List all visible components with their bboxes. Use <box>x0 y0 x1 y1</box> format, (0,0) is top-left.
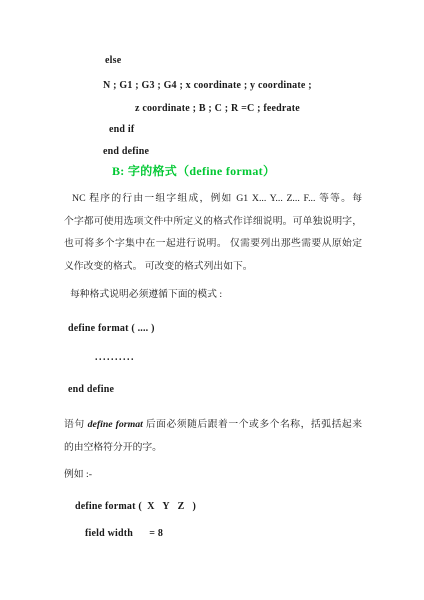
code-line-end-define: end define <box>103 146 149 157</box>
code-dots: .......... <box>95 352 135 363</box>
code-line-else: else <box>105 55 121 66</box>
section-heading: B: 字的格式（define format） <box>112 162 275 179</box>
code-field-width: field width = 8 <box>85 528 163 539</box>
syntax-paragraph-suffix: 后面必须随后跟着一个或多个名称，括弧括起来 <box>143 419 362 430</box>
document-page: else N ; G1 ; G3 ; G4 ; x coordinate ; y… <box>0 0 424 600</box>
syntax-paragraph-prefix: 语句 <box>64 419 88 430</box>
body-paragraph1-line1: NC 程序的行由一组字组成，例如 G1 X... Y... Z... F... … <box>64 190 362 204</box>
code-line-motion: N ; G1 ; G3 ; G4 ; x coordinate ; y coor… <box>103 80 312 91</box>
define-format-keyword: define format <box>88 419 143 430</box>
code-line-motion2: z coordinate ; B ; C ; R =C ; feedrate <box>135 103 300 114</box>
body-paragraph1-line3: 也可将多个字集中在一起进行说明。 仅需要列出那些需要从原始定 <box>64 235 362 249</box>
example-label: 例如 :- <box>64 466 92 480</box>
code-end-define: end define <box>68 384 114 395</box>
pattern-intro-text: 每种格式说明必须遵循下面的模式 : <box>70 286 222 300</box>
body-paragraph1-line2: 个字都可使用选项文件中所定义的格式作详细说明。可单独说明字， <box>64 213 362 227</box>
syntax-paragraph-line2: 的由空格符分开的字。 <box>64 439 162 453</box>
body-paragraph1-line4: 义作改变的格式。 可改变的格式列出如下。 <box>64 258 253 272</box>
code-define-format-open: define format ( .... ) <box>68 323 155 334</box>
code-line-end-if: end if <box>109 124 134 135</box>
code-define-format-xyz: define format ( X Y Z ) <box>75 501 196 512</box>
syntax-paragraph-line1: 语句 define format 后面必须随后跟着一个或多个名称，括弧括起来 <box>64 416 362 430</box>
